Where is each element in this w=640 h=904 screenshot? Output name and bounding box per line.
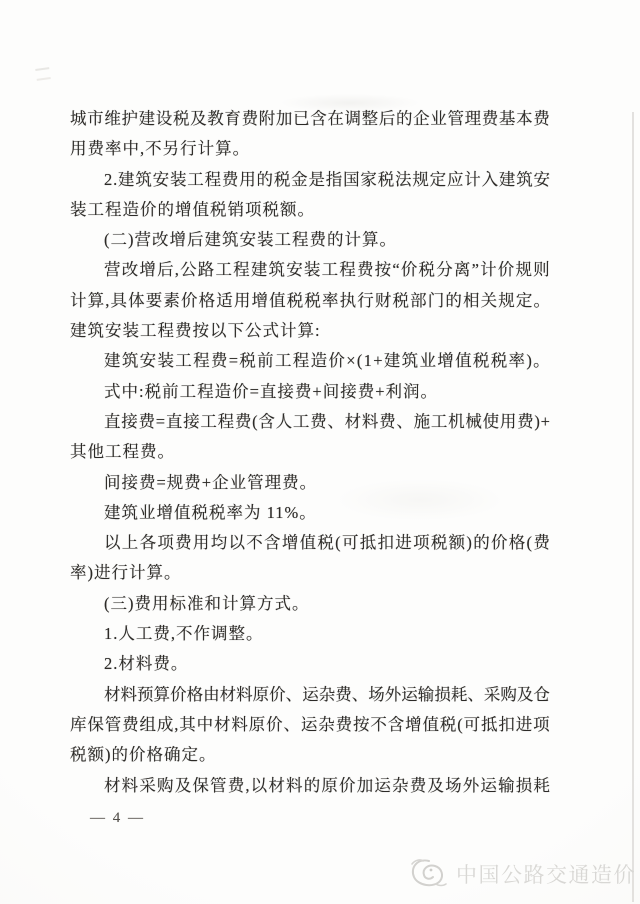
- text-line: 2.材料费。: [70, 649, 550, 679]
- text-line: 率)进行计算。: [70, 558, 550, 588]
- page-number: — 4 —: [90, 810, 145, 827]
- text-line: 式中:税前工程造价=直接费+间接费+利润。: [70, 377, 550, 407]
- text-line: 其他工程费。: [70, 437, 550, 467]
- text-line: (二)营改增后建筑安装工程费的计算。: [70, 225, 550, 255]
- text-line: 2.建筑安装工程费用的税金是指国家税法规定应计入建筑安: [70, 165, 550, 195]
- text-line: 城市维护建设税及教育费附加已含在调整后的企业管理费基本费: [70, 104, 550, 134]
- text-line: 营改增后,公路工程建筑安装工程费按“价税分离”计价规则: [70, 255, 550, 285]
- watermark: 中国公路交通造价: [408, 856, 636, 892]
- text-line: 装工程造价的增值税销项税额。: [70, 195, 550, 225]
- text-line: 直接费=直接工程费(含人工费、材料费、施工机械使用费)+: [70, 407, 550, 437]
- bird-swirl-logo-icon: [408, 856, 450, 892]
- watermark-text: 中国公路交通造价: [456, 859, 636, 889]
- text-line: 建筑安装工程费=税前工程造价×(1+建筑业增值税税率)。: [70, 346, 550, 376]
- text-line: 库保管费组成,其中材料原价、运杂费按不含增值税(可抵扣进项: [70, 710, 550, 740]
- scanned-document-page: 城市维护建设税及教育费附加已含在调整后的企业管理费基本费 用费率中,不另行计算。…: [0, 0, 640, 904]
- text-line: 建筑业增值税税率为 11%。: [70, 498, 550, 528]
- text-line: 间接费=规费+企业管理费。: [70, 468, 550, 498]
- text-line: 1.人工费,不作调整。: [70, 619, 550, 649]
- text-line: 税额)的价格确定。: [70, 740, 550, 770]
- scan-smudge-mark: [35, 67, 51, 81]
- text-line: 用费率中,不另行计算。: [70, 134, 550, 164]
- text-line: 建筑安装工程费按以下公式计算:: [70, 316, 550, 346]
- scan-edge-line: [632, 112, 634, 902]
- text-line: 材料采购及保管费,以材料的原价加运杂费及场外运输损耗: [70, 771, 550, 801]
- text-line: 以上各项费用均以不含增值税(可抵扣进项税额)的价格(费: [70, 528, 550, 558]
- text-line: (三)费用标准和计算方式。: [70, 589, 550, 619]
- text-line: 计算,具体要素价格适用增值税税率执行财税部门的相关规定。: [70, 286, 550, 316]
- document-text-block: 城市维护建设税及教育费附加已含在调整后的企业管理费基本费 用费率中,不另行计算。…: [70, 104, 550, 801]
- text-line: 材料预算价格由材料原价、运杂费、场外运输损耗、采购及仓: [70, 680, 550, 710]
